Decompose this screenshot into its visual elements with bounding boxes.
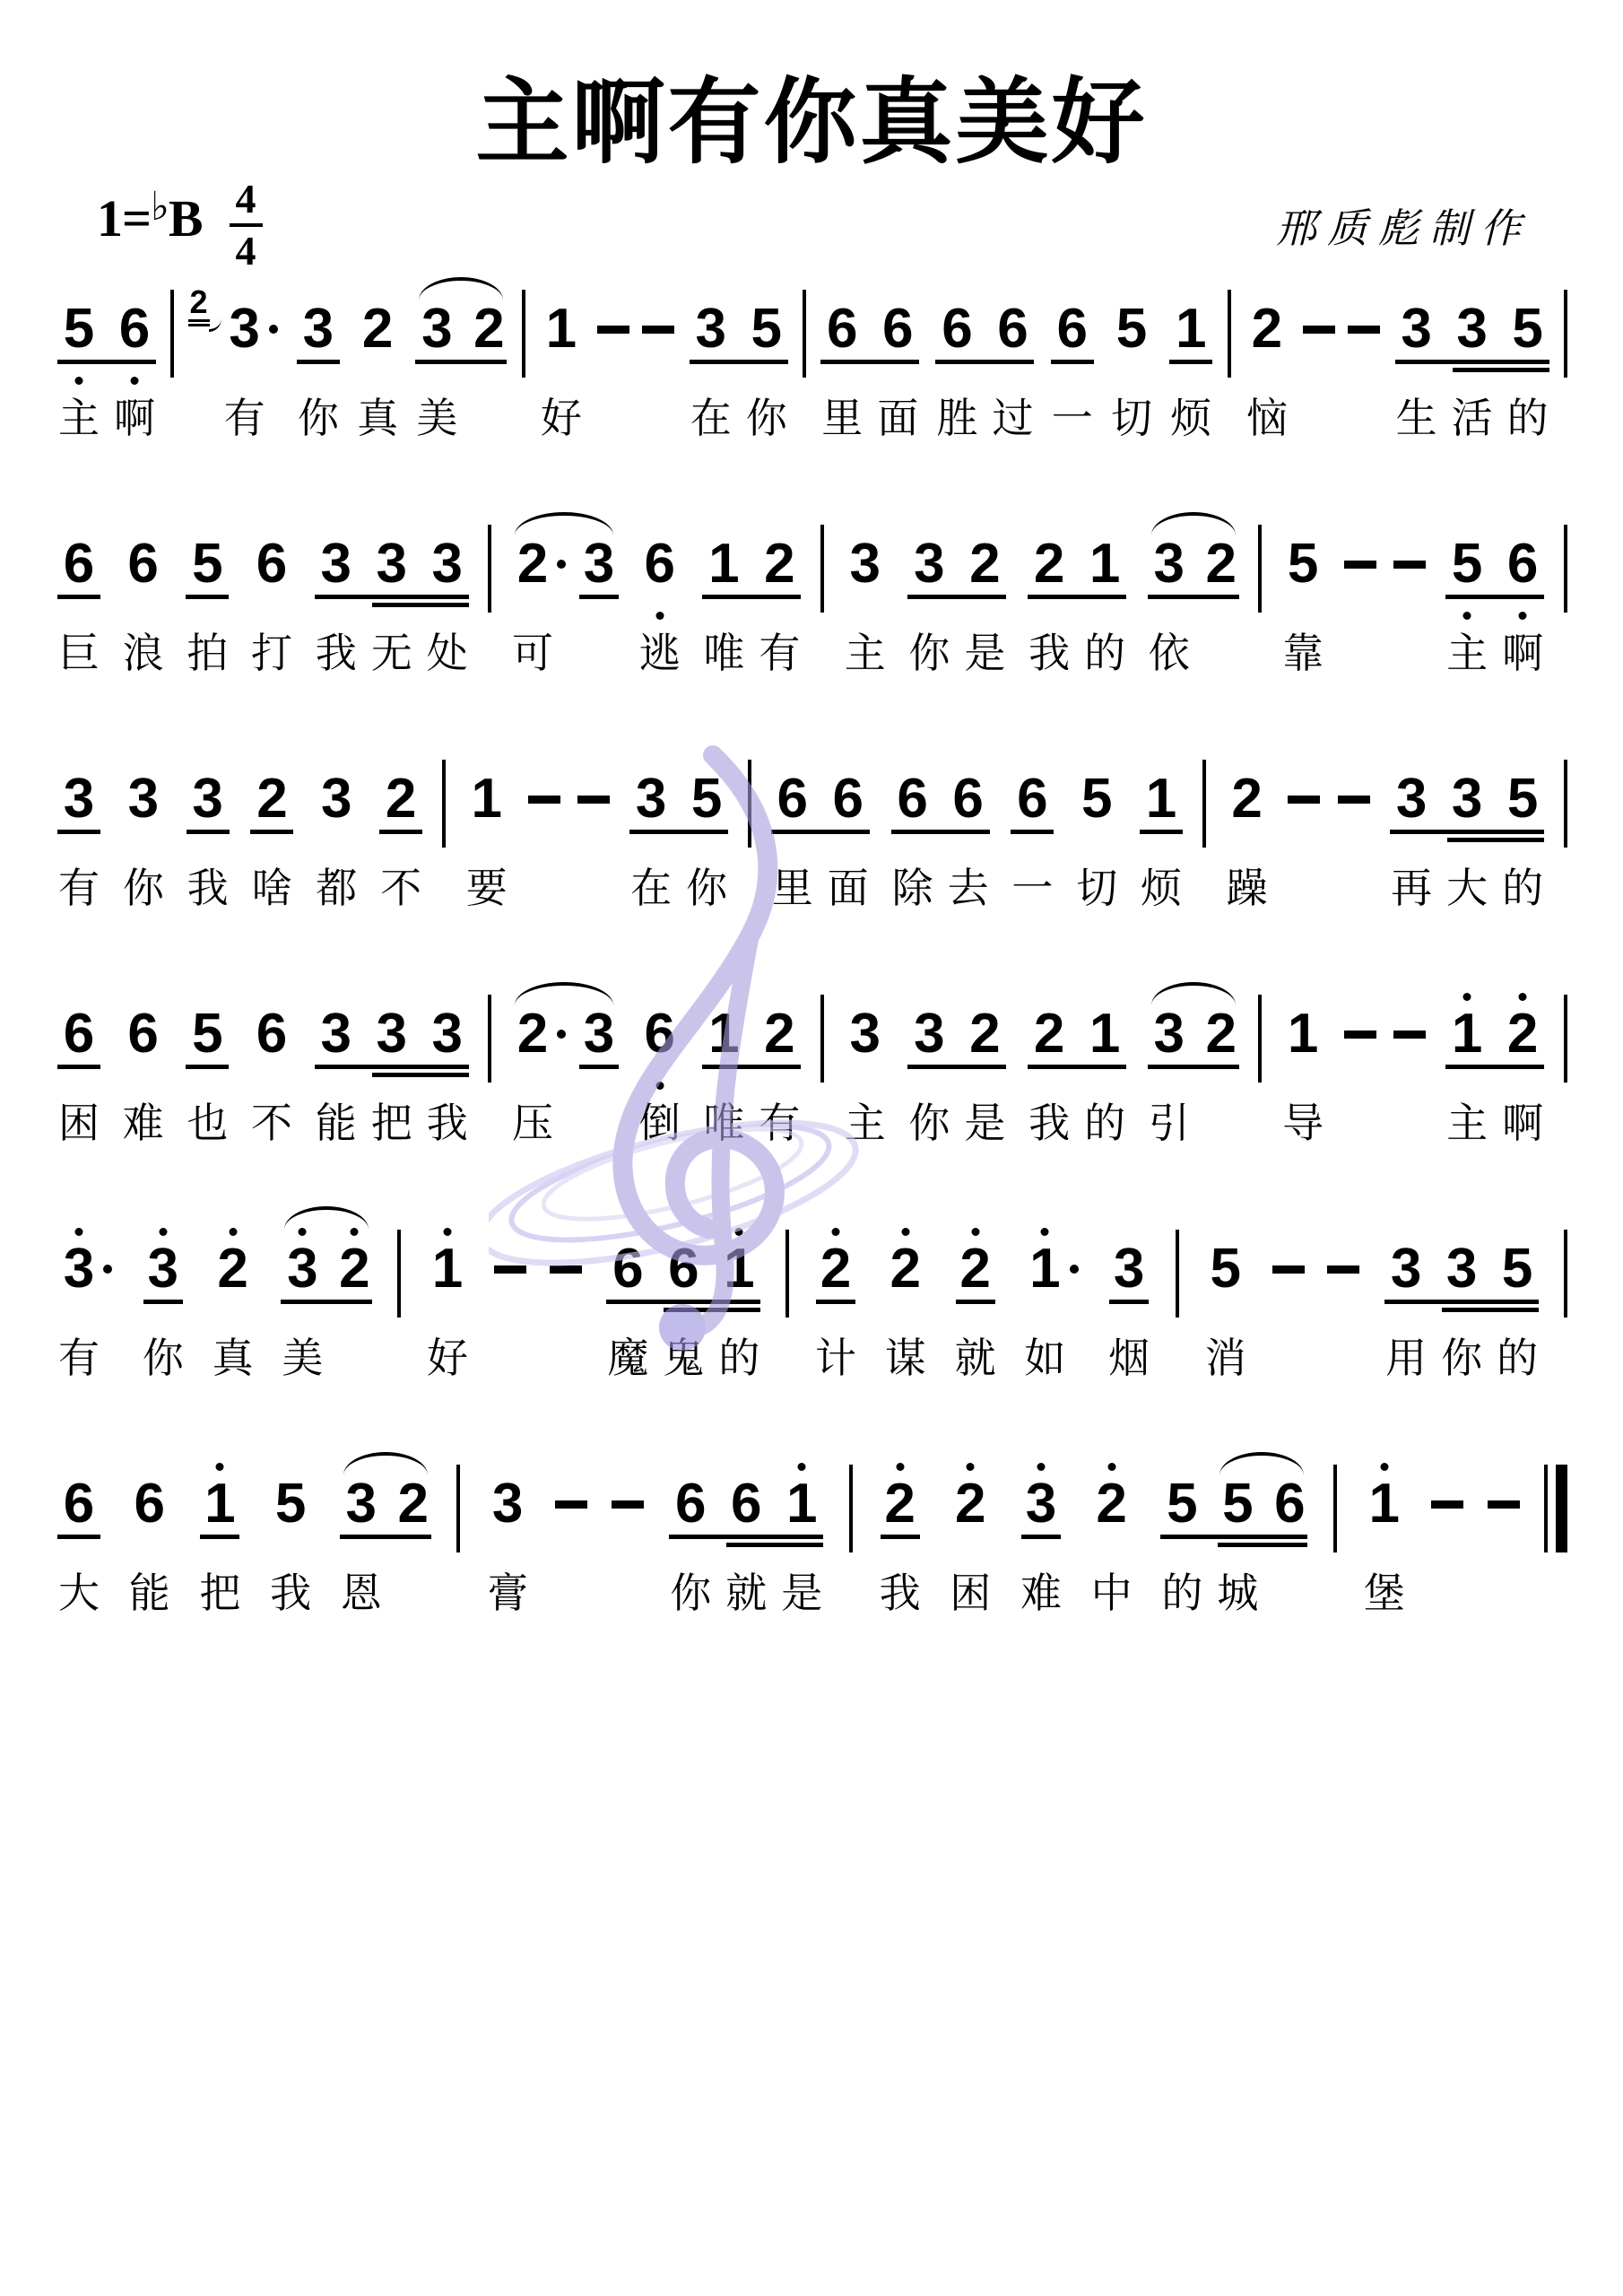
note: 2谋	[882, 1240, 929, 1380]
beam-line	[415, 360, 507, 364]
beam-line	[1384, 1300, 1539, 1304]
note-number: 1	[546, 300, 577, 358]
beam-line	[1445, 595, 1544, 599]
lyric-syllable: 难	[123, 1100, 164, 1145]
note-group: 6巨	[56, 535, 102, 675]
beam-line	[57, 1065, 100, 1069]
note-number: 6	[882, 300, 913, 358]
note-group: 3在5你	[688, 300, 790, 440]
augmentation-dot-icon	[557, 1030, 566, 1039]
note-number: 6	[256, 535, 287, 593]
beam-line	[1395, 360, 1549, 364]
beam-line	[1148, 595, 1239, 599]
note: 6啊	[1499, 535, 1546, 675]
note-number: 6	[731, 1475, 761, 1533]
score: 5主6啊23有3你2真3美21好3在5你6里6面6胜6过6一5切1烦2恼3生3活…	[56, 300, 1567, 1710]
lyric-syllable: 啊	[1502, 631, 1543, 675]
note-number: 3	[303, 300, 334, 358]
barline	[1333, 1465, 1337, 1552]
note: 3	[579, 535, 619, 675]
beam-line	[816, 1300, 855, 1304]
note: 3膏	[484, 1475, 531, 1615]
note: 2可	[509, 535, 556, 675]
score-line: 6巨6浪5拍6打3我3无3处2可36逃1唯2有3主3你2是2我1的3依25靠5主…	[56, 535, 1567, 770]
lyric-syllable: 里	[772, 865, 813, 910]
lyric-syllable: 你	[298, 396, 339, 440]
dash-rest	[1431, 1500, 1463, 1509]
note: 2	[1202, 535, 1241, 675]
lyric-syllable: 面	[877, 396, 918, 440]
note: 2是	[961, 1005, 1008, 1145]
lyric-syllable: 困	[950, 1570, 991, 1615]
lyric-syllable: 可	[512, 631, 553, 675]
lyric-syllable: 我	[1028, 631, 1070, 675]
barline	[1228, 290, 1231, 378]
note-group: 3膏	[484, 1475, 531, 1615]
note-group: 2啥	[248, 770, 295, 910]
note: 6魔	[604, 1240, 651, 1380]
note: 6除	[890, 770, 936, 910]
note: 3烟	[1106, 1240, 1152, 1380]
note: 3在	[628, 770, 674, 910]
augmentation-dot-icon	[1070, 1265, 1079, 1274]
note-group: 1好	[538, 300, 585, 440]
lyric-syllable: 主	[845, 631, 886, 675]
dash-rest	[577, 796, 610, 804]
note-group: 1导	[1280, 1005, 1326, 1145]
note-group: 6难	[120, 1005, 167, 1145]
note-group: 23有	[187, 300, 282, 440]
beam-line	[250, 830, 293, 834]
note-group: 5也	[184, 1005, 230, 1145]
note: 3引	[1146, 1005, 1193, 1145]
beam-line-2	[1453, 368, 1549, 372]
augmentation-dot-icon	[557, 560, 566, 569]
note-group: 3你2是	[906, 535, 1008, 675]
beam-line	[935, 360, 1034, 364]
beam-line	[281, 1300, 372, 1304]
note-number: 1	[1288, 1005, 1318, 1063]
note: 1把	[196, 1475, 243, 1615]
note-number: 3	[346, 1475, 377, 1533]
note-number: 5	[1507, 770, 1538, 828]
note-number: 2	[764, 1005, 794, 1063]
note-group: 5切	[1108, 300, 1155, 440]
beam-line-2	[1218, 1543, 1307, 1547]
note: 5我	[267, 1475, 314, 1615]
note-number: 3	[321, 770, 352, 828]
beam-line	[315, 1065, 469, 1069]
note-number: 6	[675, 1475, 706, 1533]
note-number: 1	[204, 1475, 235, 1533]
lyric-syllable: 生	[1396, 396, 1437, 440]
lyric-syllable: 堡	[1364, 1570, 1405, 1615]
note: 6打	[248, 535, 295, 675]
time-signature-numerator: 4	[230, 178, 263, 227]
lyric-syllable: 就	[955, 1335, 996, 1380]
lyric-syllable: 计	[815, 1335, 856, 1380]
note-number: 2	[256, 770, 287, 828]
note-number: 3	[1401, 300, 1431, 358]
note-number: 3	[584, 535, 614, 593]
dash-rest	[1344, 561, 1376, 569]
lyric-syllable: 的	[1502, 865, 1543, 910]
lyric-syllable: 中	[1091, 1570, 1133, 1615]
lyric-syllable: 的	[1084, 631, 1125, 675]
barline	[849, 1465, 853, 1552]
note-number: 2	[517, 1005, 548, 1063]
note: 6逃	[637, 535, 683, 675]
barline	[1564, 760, 1567, 848]
note: 2	[1202, 1005, 1241, 1145]
note-number: 6	[256, 1005, 287, 1063]
lyric-syllable: 我	[880, 1570, 921, 1615]
note-number: 6	[827, 300, 857, 358]
note: 5也	[184, 1005, 230, 1145]
note-number: 3	[128, 770, 159, 828]
dash-rest	[1327, 1265, 1359, 1274]
note: 2我	[877, 1475, 924, 1615]
note: 6难	[120, 1005, 167, 1145]
barline	[488, 995, 491, 1083]
note-number: 1	[1176, 300, 1206, 358]
lyric-syllable: 除	[892, 865, 933, 910]
note-group: 2困	[947, 1475, 994, 1615]
lyric-syllable: 消	[1205, 1335, 1246, 1380]
note-number: 3	[229, 300, 259, 358]
note: 3我	[185, 770, 231, 910]
note: 3都	[313, 770, 360, 910]
note-number: 3	[492, 1475, 523, 1533]
dash-rest	[1288, 796, 1320, 804]
note-number: 2	[890, 1240, 921, 1298]
note-number: 1	[1089, 535, 1120, 593]
note-group: 3我3无3处	[313, 535, 471, 675]
note-number: 3	[376, 1005, 406, 1063]
note-number: 2	[764, 535, 794, 593]
barline	[1258, 995, 1262, 1083]
note-group: 3你	[295, 300, 342, 440]
note: 5你	[743, 300, 790, 440]
note-number: 6	[897, 770, 927, 828]
lyric-syllable: 把	[199, 1570, 240, 1615]
beam-line	[143, 1300, 183, 1304]
lyric-syllable: 打	[251, 631, 292, 675]
beam-line	[1169, 360, 1212, 364]
final-thin-line	[1544, 1465, 1548, 1552]
note-group: 2谋	[882, 1240, 929, 1380]
note-group: 6困	[56, 1005, 102, 1145]
note-group: 1烦	[1138, 770, 1185, 910]
augmentation-dot-icon	[103, 1265, 112, 1274]
beam-line	[771, 830, 870, 834]
final-barline	[1544, 1465, 1567, 1552]
note: 3依	[1146, 535, 1193, 675]
note-number: 3	[1153, 1005, 1184, 1063]
beam-line	[200, 1535, 239, 1539]
beam-line-2	[372, 1073, 469, 1077]
lyric-syllable: 压	[512, 1100, 553, 1145]
note-number: 2	[398, 1475, 429, 1533]
lyric-syllable: 一	[1052, 396, 1093, 440]
note-number: 6	[1274, 1475, 1305, 1533]
note-number: 3	[1153, 535, 1184, 593]
note: 3主	[842, 535, 889, 675]
flat-icon: ♭	[151, 185, 169, 229]
beam-line	[1109, 1300, 1149, 1304]
note: 1唯	[700, 535, 747, 675]
dash-rest	[612, 1500, 644, 1509]
time-signature: 4 4	[230, 178, 263, 273]
lyric-syllable: 你	[123, 865, 164, 910]
note: 2恼	[1244, 300, 1290, 440]
note: 3美	[413, 300, 460, 440]
beam-line-2	[372, 603, 469, 607]
note-group: 2我1的	[1026, 1005, 1128, 1145]
beam-line	[820, 360, 919, 364]
lyric-syllable: 有	[759, 1100, 800, 1145]
beam-line	[690, 360, 788, 364]
note: 5消	[1202, 1240, 1249, 1380]
beam-line	[1390, 830, 1544, 834]
lyric-syllable: 恩	[341, 1570, 382, 1615]
note: 2是	[961, 535, 1008, 675]
note-number: 6	[64, 535, 94, 593]
note: 6你	[667, 1475, 714, 1615]
lyric-syllable: 能	[129, 1570, 170, 1615]
note: 2啊	[1499, 1005, 1546, 1145]
barline	[1258, 525, 1262, 613]
lyric-syllable: 我	[427, 1100, 468, 1145]
note: 6能	[126, 1475, 173, 1615]
note-number: 6	[1507, 535, 1538, 593]
key-signature: 1=♭B 4 4	[97, 181, 263, 273]
note-number: 5	[1116, 300, 1147, 358]
note-group: 6浪	[120, 535, 167, 675]
barline	[1564, 525, 1567, 613]
lyric-syllable: 胜	[936, 396, 977, 440]
note-group: 3你	[120, 770, 167, 910]
lyric-syllable: 是	[964, 631, 1005, 675]
note-group: 3烟	[1106, 1240, 1152, 1380]
beam-line	[1445, 1065, 1544, 1069]
note-number: 3	[914, 535, 944, 593]
note: 3有	[56, 1240, 102, 1380]
lyric-syllable: 你	[908, 631, 950, 675]
note-number: 5	[1512, 300, 1542, 358]
note-number: 3	[1456, 300, 1487, 358]
lyric-syllable: 有	[759, 631, 800, 675]
beam-line	[891, 830, 990, 834]
beam-line	[57, 360, 156, 364]
note-number: 1	[708, 1005, 739, 1063]
note: 6里	[819, 300, 865, 440]
note-group: 1唯2有	[700, 535, 803, 675]
note-number: 1	[1089, 1005, 1120, 1063]
note-number: 6	[942, 300, 972, 358]
song-title: 主啊有你真美好	[0, 72, 1623, 176]
note-group: 2真	[210, 1240, 256, 1380]
note-number: 2	[386, 770, 416, 828]
note-number: 5	[1167, 1475, 1197, 1533]
note-group: 1唯2有	[700, 1005, 803, 1145]
key-text: 1=♭B	[97, 181, 203, 261]
lyric-syllable: 都	[316, 865, 357, 910]
note: 2有	[756, 1005, 803, 1145]
note: 6过	[989, 300, 1036, 440]
note-number: 3	[849, 535, 880, 593]
note-number: 1	[471, 770, 501, 828]
dash-rest	[1338, 796, 1370, 804]
lyric-syllable: 烦	[1170, 396, 1211, 440]
note: 1好	[424, 1240, 471, 1380]
lyric-syllable: 去	[948, 865, 989, 910]
note: 2我	[1026, 535, 1072, 675]
note: 1如	[1021, 1240, 1068, 1380]
note-group: 6能	[126, 1475, 173, 1615]
note-number: 1	[1452, 1005, 1482, 1063]
lyric-syllable: 主	[1446, 1100, 1488, 1145]
note-group: 1如	[1021, 1240, 1082, 1380]
lyric-syllable: 不	[251, 1100, 292, 1145]
dash-rest	[1393, 561, 1426, 569]
note-group: 6打	[248, 535, 295, 675]
note: 5拍	[184, 535, 230, 675]
lyric-syllable: 好	[541, 396, 582, 440]
note-group: 3依2	[1146, 535, 1241, 675]
note-group: 3有	[56, 770, 102, 910]
note: 2真	[210, 1240, 256, 1380]
note: 3你	[140, 1240, 187, 1380]
beam-line	[629, 830, 728, 834]
note-group: 2真	[354, 300, 401, 440]
note-number: 3	[584, 1005, 614, 1063]
note-group: 3引2	[1146, 1005, 1241, 1145]
note-number: 3	[636, 770, 666, 828]
beam-line	[1028, 1065, 1126, 1069]
lyric-syllable: 导	[1282, 1100, 1324, 1145]
note: 3主	[842, 1005, 889, 1145]
beam-line	[1028, 595, 1126, 599]
beam-line-2	[1442, 1308, 1539, 1312]
lyric-syllable: 啊	[1502, 1100, 1543, 1145]
barline	[803, 290, 806, 378]
note: 1的	[1081, 1005, 1128, 1145]
note: 2不	[378, 770, 424, 910]
note-group: 6魔6鬼1的	[604, 1240, 762, 1380]
note-number: 2	[339, 1240, 369, 1298]
beam-line	[57, 595, 100, 599]
note-group: 1好	[424, 1240, 471, 1380]
note-group: 6不	[248, 1005, 295, 1145]
lyric-syllable: 烦	[1141, 865, 1182, 910]
note: 1导	[1280, 1005, 1326, 1145]
note-number: 5	[275, 1475, 306, 1533]
lyric-syllable: 啊	[114, 396, 155, 440]
note-group: 5切	[1073, 770, 1120, 910]
note-group: 3你2是	[906, 1005, 1008, 1145]
lyric-syllable: 引	[1149, 1100, 1190, 1145]
note-number: 5	[1502, 1240, 1532, 1298]
note-number: 2	[1034, 535, 1064, 593]
dash-rest	[1303, 326, 1335, 334]
lyric-syllable: 大	[1446, 865, 1488, 910]
note-group: 6一	[1049, 300, 1096, 440]
beam-line	[57, 830, 100, 834]
note: 6胜	[933, 300, 980, 440]
beam-line	[907, 595, 1006, 599]
barline	[820, 525, 824, 613]
note-group: 5主6啊	[56, 300, 158, 440]
lyric-syllable: 有	[224, 396, 265, 440]
lyric-syllable: 无	[371, 631, 412, 675]
note-number: 6	[134, 1475, 164, 1533]
note-number: 5	[1081, 770, 1112, 828]
lyric-syllable: 谋	[885, 1335, 926, 1380]
note-group: 3再3大5的	[1388, 770, 1546, 910]
lyric-syllable: 啥	[251, 865, 292, 910]
key-letter: B	[169, 189, 203, 248]
note-group: 3你	[140, 1240, 187, 1380]
note: 6啊	[111, 300, 158, 440]
note: 6大	[56, 1475, 102, 1615]
note-number: 2	[1231, 770, 1262, 828]
lyric-syllable: 你	[908, 1100, 950, 1145]
dash-rest	[1393, 1031, 1426, 1039]
note-number: 2	[1034, 1005, 1064, 1063]
note-number: 3	[320, 535, 351, 593]
score-line: 6大6能1把5我3恩23膏6你6就1是2我2困3难2中5的5城61堡	[56, 1475, 1567, 1710]
barline	[442, 760, 446, 848]
note: 5切	[1073, 770, 1120, 910]
note-group: 6里6面	[769, 770, 872, 910]
note-number: 6	[1017, 770, 1047, 828]
note-number: 3	[376, 535, 406, 593]
note-number: 1	[432, 1240, 463, 1298]
lyric-syllable: 你	[746, 396, 787, 440]
note: 5主	[1444, 535, 1490, 675]
note-number: 3	[320, 1005, 351, 1063]
note-group: 6倒	[637, 1005, 683, 1145]
sheet-music-page: 主啊有你真美好 1=♭B 4 4 邢质彪制作 5主6啊23有3你2真3美21好3…	[0, 0, 1623, 2296]
note-number: 5	[192, 535, 222, 593]
beam-line	[340, 1535, 431, 1539]
note-number: 2	[969, 535, 1000, 593]
note-number: 5	[1288, 535, 1318, 593]
note-group: 2中	[1089, 1475, 1135, 1615]
lyric-syllable: 把	[371, 1100, 412, 1145]
lyric-syllable: 切	[1111, 396, 1152, 440]
beam-line	[57, 1535, 100, 1539]
augmentation-dot-icon	[269, 325, 278, 334]
note-number: 3	[148, 1240, 178, 1298]
beam-line	[1160, 1535, 1307, 1539]
dash-rest	[1488, 1500, 1520, 1509]
barline	[748, 760, 751, 848]
note-number: 3	[1026, 1475, 1056, 1533]
note-number: 6	[1057, 300, 1088, 358]
note-number: 5	[1222, 1475, 1253, 1533]
note: 2有	[756, 535, 803, 675]
note-number: 6	[777, 770, 808, 828]
barline	[1176, 1230, 1179, 1318]
note-number: 6	[997, 300, 1028, 358]
note-group: 6一	[1009, 770, 1055, 910]
note: 6面	[874, 300, 921, 440]
note: 6一	[1009, 770, 1055, 910]
barline	[170, 290, 174, 378]
beam-line	[702, 1065, 801, 1069]
